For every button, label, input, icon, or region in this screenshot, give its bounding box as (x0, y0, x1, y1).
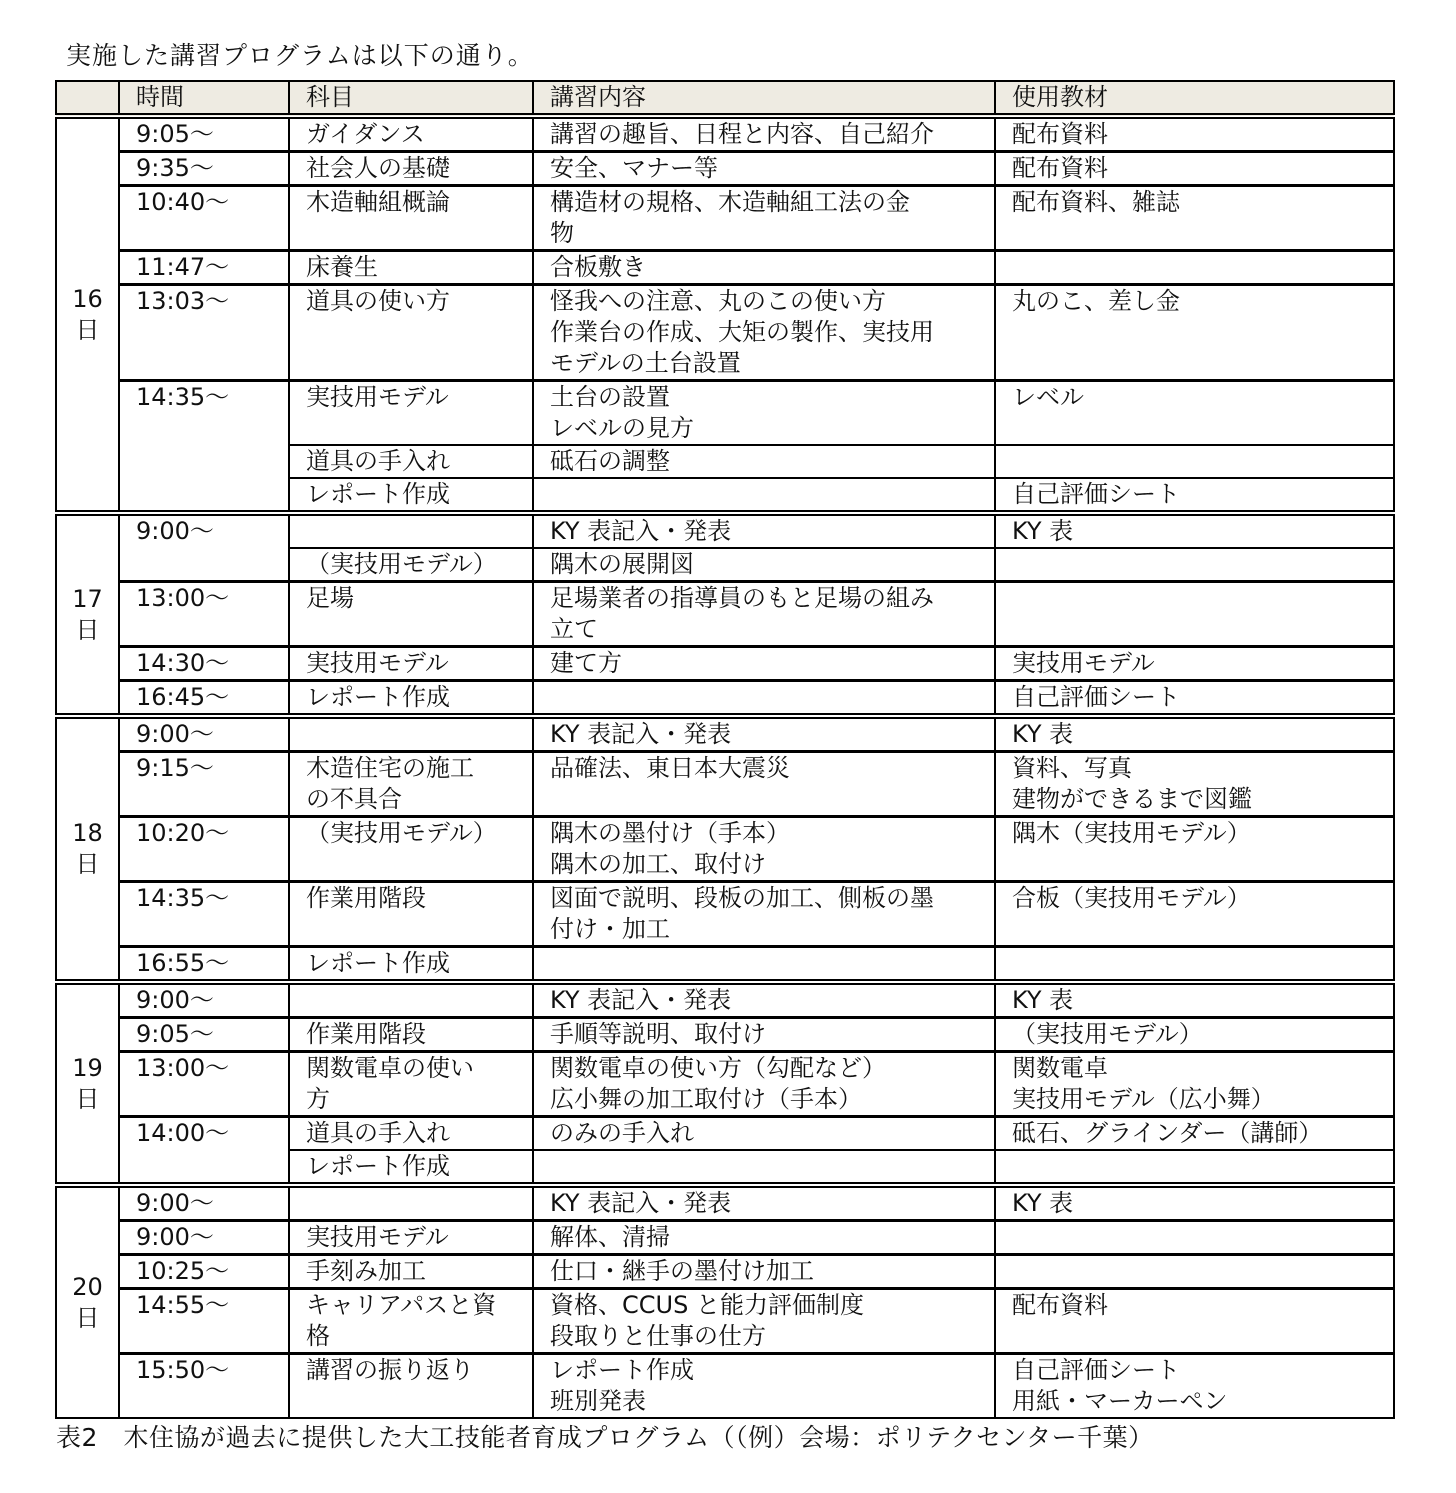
table-row: 11:47～床養生合板敷き (56, 251, 1394, 285)
content-cell: KY 表記入・発表 (533, 513, 995, 548)
cell-line: の不具合 (306, 784, 532, 815)
materials-cell (995, 582, 1394, 647)
subject-cell: 床養生 (289, 251, 533, 285)
day-cell: 18日 (56, 716, 119, 982)
content-cell: 図面で説明、段板の加工、側板の墨付け・加工 (533, 882, 995, 947)
table-row: 16:55～レポート作成 (56, 947, 1394, 983)
content-cell: KY 表記入・発表 (533, 1185, 995, 1221)
cell-line: 丸のこ、差し金 (1012, 286, 1393, 317)
time-cell: 9:15～ (119, 752, 289, 817)
cell-line: 隅木（実技用モデル） (1012, 818, 1393, 849)
cell-line: 隅木の加工、取付け (550, 849, 994, 880)
materials-cell: 配布資料 (995, 116, 1394, 152)
materials-cell (995, 1255, 1394, 1289)
materials-cell: 資料、写真建物ができるまで図鑑 (995, 752, 1394, 817)
cell-line: 解体、清掃 (550, 1222, 994, 1253)
subject-cell: 足場 (289, 582, 533, 647)
cell-line: 広小舞の加工取付け（手本） (550, 1084, 994, 1115)
content-cell: 資格、CCUS と能力評価制度段取りと仕事の仕方 (533, 1289, 995, 1354)
content-cell: のみの手入れ (533, 1117, 995, 1151)
cell-line: 隅木の墨付け（手本） (550, 818, 994, 849)
cell-line: 仕口・継手の墨付け加工 (550, 1256, 994, 1287)
header-materials: 使用教材 (995, 81, 1394, 116)
day-cell: 17日 (56, 513, 119, 716)
content-cell: 手順等説明、取付け (533, 1018, 995, 1052)
table-row: 14:00～道具の手入れのみの手入れ砥石、グラインダー（講師） (56, 1117, 1394, 1151)
table-row: 14:30～実技用モデル建て方実技用モデル (56, 647, 1394, 681)
materials-cell: 自己評価シート用紙・マーカーペン (995, 1354, 1394, 1419)
cell-line: 関数電卓 (1012, 1053, 1393, 1084)
table-header-row: 時間 科目 講習内容 使用教材 (56, 81, 1394, 116)
day-cell: 20日 (56, 1185, 119, 1418)
materials-cell: 配布資料、雑誌 (995, 186, 1394, 251)
content-cell: 隅木の墨付け（手本）隅木の加工、取付け (533, 817, 995, 882)
cell-line: 砥石の調整 (550, 446, 994, 477)
subject-cell: （実技用モデル） (289, 548, 533, 582)
subject-cell (289, 513, 533, 548)
materials-cell: KY 表 (995, 513, 1394, 548)
day-suffix: 日 (57, 615, 118, 646)
subject-cell: 講習の振り返り (289, 1354, 533, 1419)
cell-line: レベルの見方 (550, 413, 994, 444)
subject-cell: 実技用モデル (289, 1221, 533, 1255)
time-cell: 13:00～ (119, 1052, 289, 1117)
content-cell (533, 1150, 995, 1185)
table-caption: 表2 木住協が過去に提供した大工技能者育成プログラム（（例）会場：ポリテクセンタ… (56, 1418, 1154, 1454)
materials-cell: KY 表 (995, 982, 1394, 1018)
time-cell: 10:40～ (119, 186, 289, 251)
content-cell: 砥石の調整 (533, 445, 995, 478)
day-number: 17 (57, 584, 118, 615)
time-cell: 14:35～ (119, 381, 289, 514)
cell-line: 物 (550, 218, 994, 249)
materials-cell: （実技用モデル） (995, 1018, 1394, 1052)
subject-cell: 実技用モデル (289, 647, 533, 681)
time-cell: 9:35～ (119, 152, 289, 186)
time-cell: 9:05～ (119, 116, 289, 152)
content-cell: KY 表記入・発表 (533, 982, 995, 1018)
content-cell: 仕口・継手の墨付け加工 (533, 1255, 995, 1289)
table-row: 9:15～木造住宅の施工の不具合品確法、東日本大震災資料、写真建物ができるまで図… (56, 752, 1394, 817)
table-row: 16:45～レポート作成 自己評価シート (56, 681, 1394, 717)
cell-line: 資格、CCUS と能力評価制度 (550, 1290, 994, 1321)
table-row: 18日9:00～KY 表記入・発表KY 表 (56, 716, 1394, 752)
table-row: 14:55～キャリアパスと資格資格、CCUS と能力評価制度段取りと仕事の仕方配… (56, 1289, 1394, 1354)
cell-line: 資料、写真 (1012, 753, 1393, 784)
table-row: 13:00～足場足場業者の指導員のもと足場の組み立て (56, 582, 1394, 647)
materials-cell: 実技用モデル (995, 647, 1394, 681)
table-row: 13:00～関数電卓の使い方関数電卓の使い方（勾配など）広小舞の加工取付け（手本… (56, 1052, 1394, 1117)
cell-line: KY 表記入・発表 (550, 516, 994, 547)
cell-line: 段取りと仕事の仕方 (550, 1321, 994, 1352)
subject-cell: 木造住宅の施工の不具合 (289, 752, 533, 817)
materials-cell: 丸のこ、差し金 (995, 285, 1394, 381)
cell-line: レポート作成 (550, 1355, 994, 1386)
day-suffix: 日 (57, 1303, 118, 1334)
cell-line: 配布資料 (1012, 119, 1393, 150)
cell-line: 付け・加工 (550, 914, 994, 945)
time-cell: 9:00～ (119, 982, 289, 1018)
cell-line: 土台の設置 (550, 382, 994, 413)
table-row: 20日9:00～KY 表記入・発表KY 表 (56, 1185, 1394, 1221)
header-time: 時間 (119, 81, 289, 116)
time-cell: 16:55～ (119, 947, 289, 983)
day-suffix: 日 (57, 1084, 118, 1115)
subject-cell (289, 716, 533, 752)
day-group-19: 19日9:00～KY 表記入・発表KY 表9:05～作業用階段手順等説明、取付け… (56, 982, 1394, 1185)
cell-line: 手順等説明、取付け (550, 1019, 994, 1050)
cell-line: 方 (306, 1084, 532, 1115)
table-row: 14:35～実技用モデル土台の設置レベルの見方レベル (56, 381, 1394, 446)
subject-cell: 木造軸組概論 (289, 186, 533, 251)
content-cell: 関数電卓の使い方（勾配など）広小舞の加工取付け（手本） (533, 1052, 995, 1117)
day-number: 20 (57, 1272, 118, 1303)
content-cell: 講習の趣旨、日程と内容、自己紹介 (533, 116, 995, 152)
subject-cell: （実技用モデル） (289, 817, 533, 882)
materials-cell: 自己評価シート (995, 681, 1394, 717)
cell-line: モデルの土台設置 (550, 348, 994, 379)
subject-cell: 作業用階段 (289, 882, 533, 947)
table-row: 9:00～実技用モデル解体、清掃 (56, 1221, 1394, 1255)
cell-line: 配布資料 (1012, 1290, 1393, 1321)
materials-cell: 合板（実技用モデル） (995, 882, 1394, 947)
day-suffix: 日 (57, 849, 118, 880)
materials-cell (995, 1150, 1394, 1185)
content-cell: 隅木の展開図 (533, 548, 995, 582)
content-cell: レポート作成班別発表 (533, 1354, 995, 1419)
subject-cell: 作業用階段 (289, 1018, 533, 1052)
content-cell (533, 947, 995, 983)
content-cell: 建て方 (533, 647, 995, 681)
time-cell: 13:00～ (119, 582, 289, 647)
cell-line: 自己評価シート (1012, 479, 1393, 510)
subject-cell: キャリアパスと資格 (289, 1289, 533, 1354)
day-cell: 19日 (56, 982, 119, 1185)
day-number: 18 (57, 818, 118, 849)
content-cell (533, 478, 995, 513)
subject-cell: 関数電卓の使い方 (289, 1052, 533, 1117)
materials-cell: 隅木（実技用モデル） (995, 817, 1394, 882)
cell-line: 関数電卓の使い方（勾配など） (550, 1053, 994, 1084)
cell-line: 構造材の規格、木造軸組工法の金 (550, 187, 994, 218)
day-cell: 16日 (56, 116, 119, 513)
header-day (56, 81, 119, 116)
cell-line: 作業台の作成、大矩の製作、実技用 (550, 317, 994, 348)
materials-cell: KY 表 (995, 1185, 1394, 1221)
cell-line: KY 表記入・発表 (550, 719, 994, 750)
materials-cell: 関数電卓実技用モデル（広小舞） (995, 1052, 1394, 1117)
cell-line: 建物ができるまで図鑑 (1012, 784, 1393, 815)
program-table: 時間 科目 講習内容 使用教材 16日9:05～ガイダンス講習の趣旨、日程と内容… (55, 80, 1395, 1419)
materials-cell: 砥石、グラインダー（講師） (995, 1117, 1394, 1151)
time-cell: 9:05～ (119, 1018, 289, 1052)
materials-cell: KY 表 (995, 716, 1394, 752)
content-cell: KY 表記入・発表 (533, 716, 995, 752)
cell-line: KY 表記入・発表 (550, 1188, 994, 1219)
subject-cell (289, 982, 533, 1018)
content-cell (533, 681, 995, 717)
header-content: 講習内容 (533, 81, 995, 116)
subject-cell: ガイダンス (289, 116, 533, 152)
table-row: 17日9:00～KY 表記入・発表KY 表 (56, 513, 1394, 548)
time-cell: 9:00～ (119, 1221, 289, 1255)
time-cell: 14:00～ (119, 1117, 289, 1186)
time-cell: 14:30～ (119, 647, 289, 681)
time-cell: 9:00～ (119, 513, 289, 582)
table-row: 19日9:00～KY 表記入・発表KY 表 (56, 982, 1394, 1018)
time-cell: 9:00～ (119, 1185, 289, 1221)
cell-line: 砥石、グラインダー（講師） (1012, 1118, 1393, 1149)
cell-line: 足場業者の指導員のもと足場の組み (550, 583, 994, 614)
cell-line: 実技用モデル（広小舞） (1012, 1084, 1393, 1115)
day-group-16: 16日9:05～ガイダンス講習の趣旨、日程と内容、自己紹介配布資料9:35～社会… (56, 116, 1394, 513)
time-cell: 10:25～ (119, 1255, 289, 1289)
materials-cell: レベル (995, 381, 1394, 446)
cell-line: 安全、マナー等 (550, 153, 994, 184)
materials-cell: 配布資料 (995, 152, 1394, 186)
cell-line: 合板（実技用モデル） (1012, 883, 1393, 914)
cell-line: KY 表 (1012, 1188, 1393, 1219)
subject-cell: レポート作成 (289, 947, 533, 983)
header-subject: 科目 (289, 81, 533, 116)
materials-cell (995, 1221, 1394, 1255)
subject-cell: 道具の手入れ (289, 445, 533, 478)
subject-cell: 手刻み加工 (289, 1255, 533, 1289)
cell-line: 自己評価シート (1012, 1355, 1393, 1386)
table-row: 15:50～講習の振り返りレポート作成班別発表自己評価シート用紙・マーカーペン (56, 1354, 1394, 1419)
cell-line: 木造住宅の施工 (306, 753, 532, 784)
time-cell: 13:03～ (119, 285, 289, 381)
cell-line: 講習の趣旨、日程と内容、自己紹介 (550, 119, 994, 150)
subject-cell: 実技用モデル (289, 381, 533, 446)
cell-line: 合板敷き (550, 252, 994, 283)
table-row: 10:40～木造軸組概論構造材の規格、木造軸組工法の金物配布資料、雑誌 (56, 186, 1394, 251)
cell-line: 建て方 (550, 648, 994, 679)
time-cell: 9:00～ (119, 716, 289, 752)
cell-line: 配布資料、雑誌 (1012, 187, 1393, 218)
cell-line: 班別発表 (550, 1386, 994, 1417)
time-cell: 11:47～ (119, 251, 289, 285)
day-group-18: 18日9:00～KY 表記入・発表KY 表9:15～木造住宅の施工の不具合品確法… (56, 716, 1394, 982)
cell-line: のみの手入れ (550, 1118, 994, 1149)
day-suffix: 日 (57, 315, 118, 346)
materials-cell: 自己評価シート (995, 478, 1394, 513)
intro-text: 実施した講習プログラムは以下の通り。 (66, 36, 534, 72)
cell-line: 関数電卓の使い (306, 1053, 532, 1084)
subject-cell: 道具の手入れ (289, 1117, 533, 1151)
cell-line: 格 (306, 1321, 532, 1352)
cell-line: 実技用モデル (1012, 648, 1393, 679)
content-cell: 合板敷き (533, 251, 995, 285)
cell-line: キャリアパスと資 (306, 1290, 532, 1321)
subject-cell: レポート作成 (289, 478, 533, 513)
cell-line: （実技用モデル） (1012, 1019, 1393, 1050)
cell-line: 怪我への注意、丸のこの使い方 (550, 286, 994, 317)
time-cell: 10:20～ (119, 817, 289, 882)
cell-line: KY 表 (1012, 985, 1393, 1016)
subject-cell: レポート作成 (289, 1150, 533, 1185)
day-number: 16 (57, 284, 118, 315)
subject-cell: 道具の使い方 (289, 285, 533, 381)
content-cell: 怪我への注意、丸のこの使い方作業台の作成、大矩の製作、実技用モデルの土台設置 (533, 285, 995, 381)
cell-line: 用紙・マーカーペン (1012, 1386, 1393, 1417)
day-number: 19 (57, 1053, 118, 1084)
content-cell: 土台の設置レベルの見方 (533, 381, 995, 446)
subject-cell: レポート作成 (289, 681, 533, 717)
day-group-17: 17日9:00～KY 表記入・発表KY 表（実技用モデル）隅木の展開図 13:0… (56, 513, 1394, 716)
cell-line: 立て (550, 614, 994, 645)
time-cell: 14:55～ (119, 1289, 289, 1354)
time-cell: 15:50～ (119, 1354, 289, 1419)
cell-line: 自己評価シート (1012, 682, 1393, 713)
materials-cell: 配布資料 (995, 1289, 1394, 1354)
content-cell: 解体、清掃 (533, 1221, 995, 1255)
time-cell: 14:35～ (119, 882, 289, 947)
subject-cell: 社会人の基礎 (289, 152, 533, 186)
materials-cell (995, 445, 1394, 478)
table-row: 10:25～手刻み加工仕口・継手の墨付け加工 (56, 1255, 1394, 1289)
time-cell: 16:45～ (119, 681, 289, 717)
content-cell: 足場業者の指導員のもと足場の組み立て (533, 582, 995, 647)
materials-cell (995, 251, 1394, 285)
content-cell: 安全、マナー等 (533, 152, 995, 186)
cell-line: 図面で説明、段板の加工、側板の墨 (550, 883, 994, 914)
content-cell: 品確法、東日本大震災 (533, 752, 995, 817)
cell-line: 隅木の展開図 (550, 549, 994, 580)
day-group-20: 20日9:00～KY 表記入・発表KY 表9:00～実技用モデル解体、清掃 10… (56, 1185, 1394, 1418)
cell-line: レベル (1012, 382, 1393, 413)
table-row: 9:35～社会人の基礎安全、マナー等配布資料 (56, 152, 1394, 186)
subject-cell (289, 1185, 533, 1221)
content-cell: 構造材の規格、木造軸組工法の金物 (533, 186, 995, 251)
table-row: 16日9:05～ガイダンス講習の趣旨、日程と内容、自己紹介配布資料 (56, 116, 1394, 152)
cell-line: KY 表記入・発表 (550, 985, 994, 1016)
cell-line: KY 表 (1012, 719, 1393, 750)
table-row: 13:03～道具の使い方怪我への注意、丸のこの使い方作業台の作成、大矩の製作、実… (56, 285, 1394, 381)
table-row: 14:35～作業用階段図面で説明、段板の加工、側板の墨付け・加工合板（実技用モデ… (56, 882, 1394, 947)
materials-cell (995, 947, 1394, 983)
table-row: 9:05～作業用階段手順等説明、取付け（実技用モデル） (56, 1018, 1394, 1052)
cell-line: 配布資料 (1012, 153, 1393, 184)
table-row: 10:20～（実技用モデル）隅木の墨付け（手本）隅木の加工、取付け隅木（実技用モ… (56, 817, 1394, 882)
cell-line: KY 表 (1012, 516, 1393, 547)
materials-cell (995, 548, 1394, 582)
cell-line: 品確法、東日本大震災 (550, 753, 994, 784)
